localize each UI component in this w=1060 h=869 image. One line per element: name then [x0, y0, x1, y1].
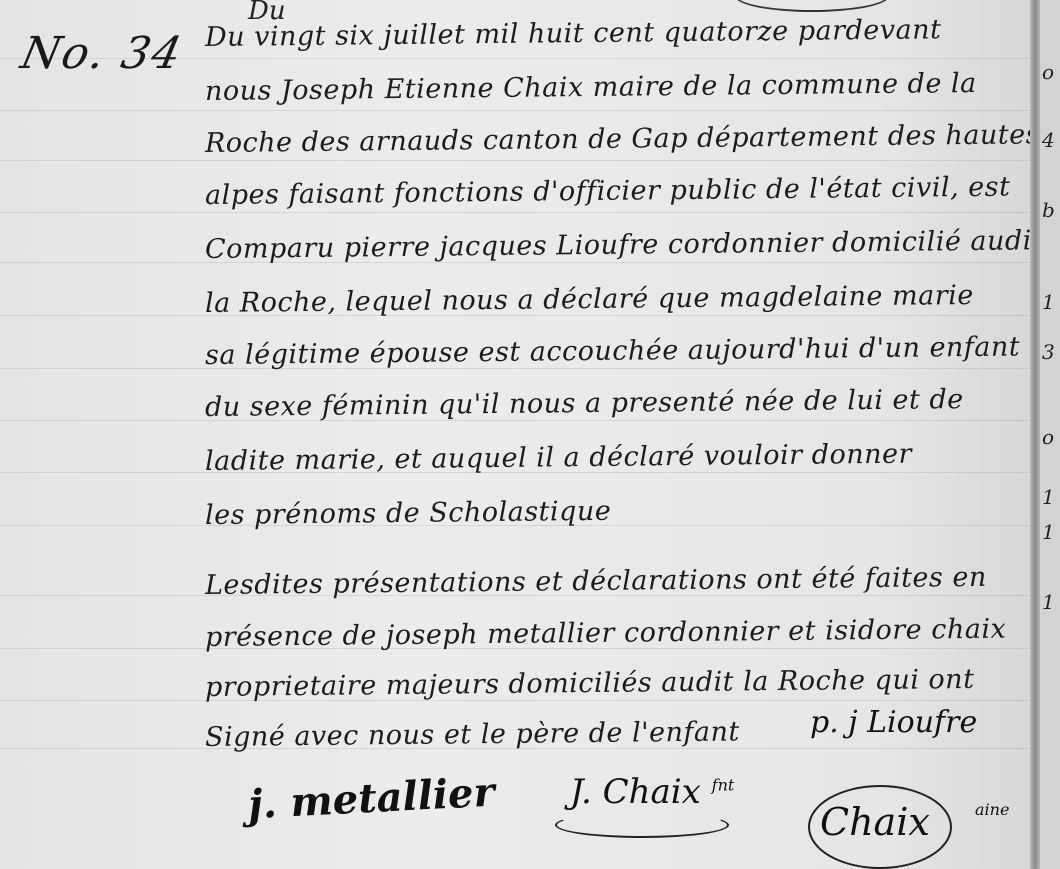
signature-flourish [555, 812, 729, 838]
ruled-line [0, 110, 1030, 111]
adjacent-page-edge: o 4 b 1 3 o 1 1 1 [1040, 0, 1060, 869]
text-line-4: alpes faisant fonctions d'officier publi… [205, 172, 1011, 211]
ruled-line [0, 368, 1030, 369]
ruled-line [0, 262, 1030, 263]
text-line-10: les prénoms de Scholastique [205, 496, 612, 531]
entry-number: No. 34 [17, 28, 188, 79]
signature-witness-2: Chaix [820, 800, 930, 844]
signature-witness-1: j. metallier [247, 769, 496, 829]
document-page: Du No. 34 Du vingt six juillet mil huit … [0, 0, 1030, 869]
signature-witness-2-suffix: aine [975, 800, 1009, 819]
ruled-line [0, 212, 1030, 213]
text-line-6: la Roche, lequel nous a déclaré que magd… [205, 280, 974, 319]
signature-mayor-suffix: fnt [712, 776, 735, 795]
margin-mark: 1 [1042, 485, 1055, 509]
margin-mark: b [1042, 198, 1055, 222]
signature-mayor-name: J. Chaix [570, 772, 701, 812]
text-line-7: sa légitime épouse est accouchée aujourd… [205, 331, 1020, 371]
text-line-1: Du vingt six juillet mil huit cent quato… [205, 14, 942, 53]
text-line-8: du sexe féminin qu'il nous a presenté né… [205, 384, 964, 423]
signature-father: p. j Lioufre [810, 705, 977, 740]
margin-mark: 1 [1042, 520, 1055, 544]
ruled-line [0, 700, 1030, 701]
margin-mark: o [1042, 425, 1054, 449]
margin-mark: 1 [1042, 290, 1055, 314]
margin-mark: 1 [1042, 590, 1055, 614]
flourish-decoration [735, 0, 889, 12]
signature-mayor: J. Chaix fnt [570, 772, 734, 812]
margin-mark: o [1042, 60, 1054, 84]
ruled-line [0, 160, 1030, 161]
margin-mark: 4 [1042, 128, 1055, 152]
text-line-14: Signé avec nous et le père de l'enfant [205, 716, 740, 753]
text-line-13: proprietaire majeurs domiciliés audit la… [205, 664, 975, 703]
book-gutter [1030, 0, 1040, 869]
ruled-line [0, 420, 1030, 421]
text-line-5: Comparu pierre jacques Lioufre cordonnie… [205, 225, 1044, 265]
margin-mark: 3 [1042, 340, 1055, 364]
text-line-2: nous Joseph Etienne Chaix maire de la co… [205, 68, 977, 107]
text-line-3: Roche des arnauds canton de Gap départem… [205, 119, 1040, 159]
